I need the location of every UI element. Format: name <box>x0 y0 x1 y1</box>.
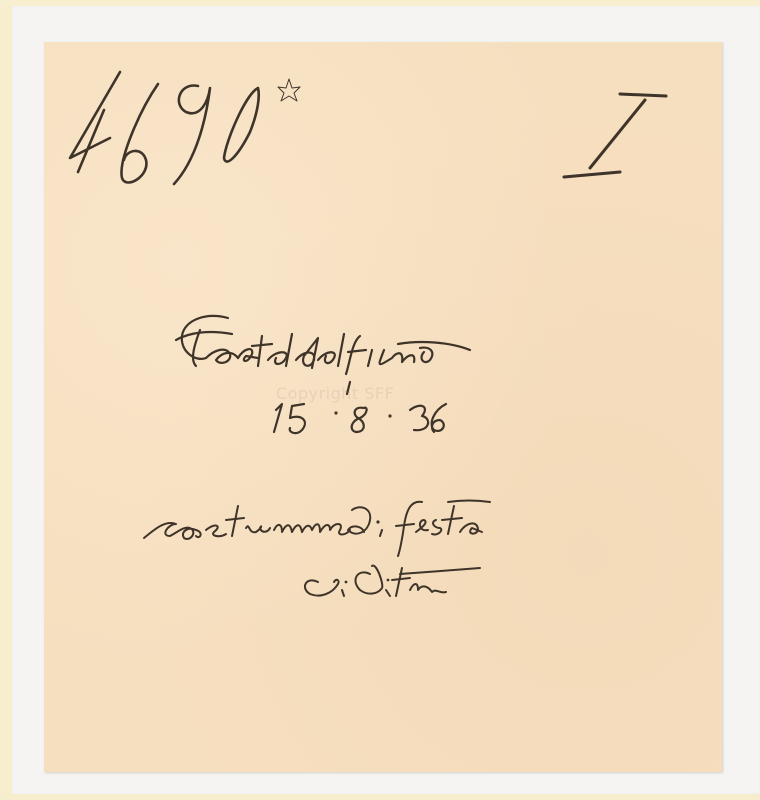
handwriting-strokes <box>0 0 760 800</box>
subject-line-1-strokes <box>144 501 490 557</box>
catalog-number-strokes <box>70 72 259 184</box>
place-strokes <box>176 316 470 394</box>
date-strokes <box>274 404 446 433</box>
star-mark-icon <box>278 79 300 101</box>
subject-line-2-strokes <box>305 566 480 596</box>
series-numeral-strokes <box>564 94 666 177</box>
